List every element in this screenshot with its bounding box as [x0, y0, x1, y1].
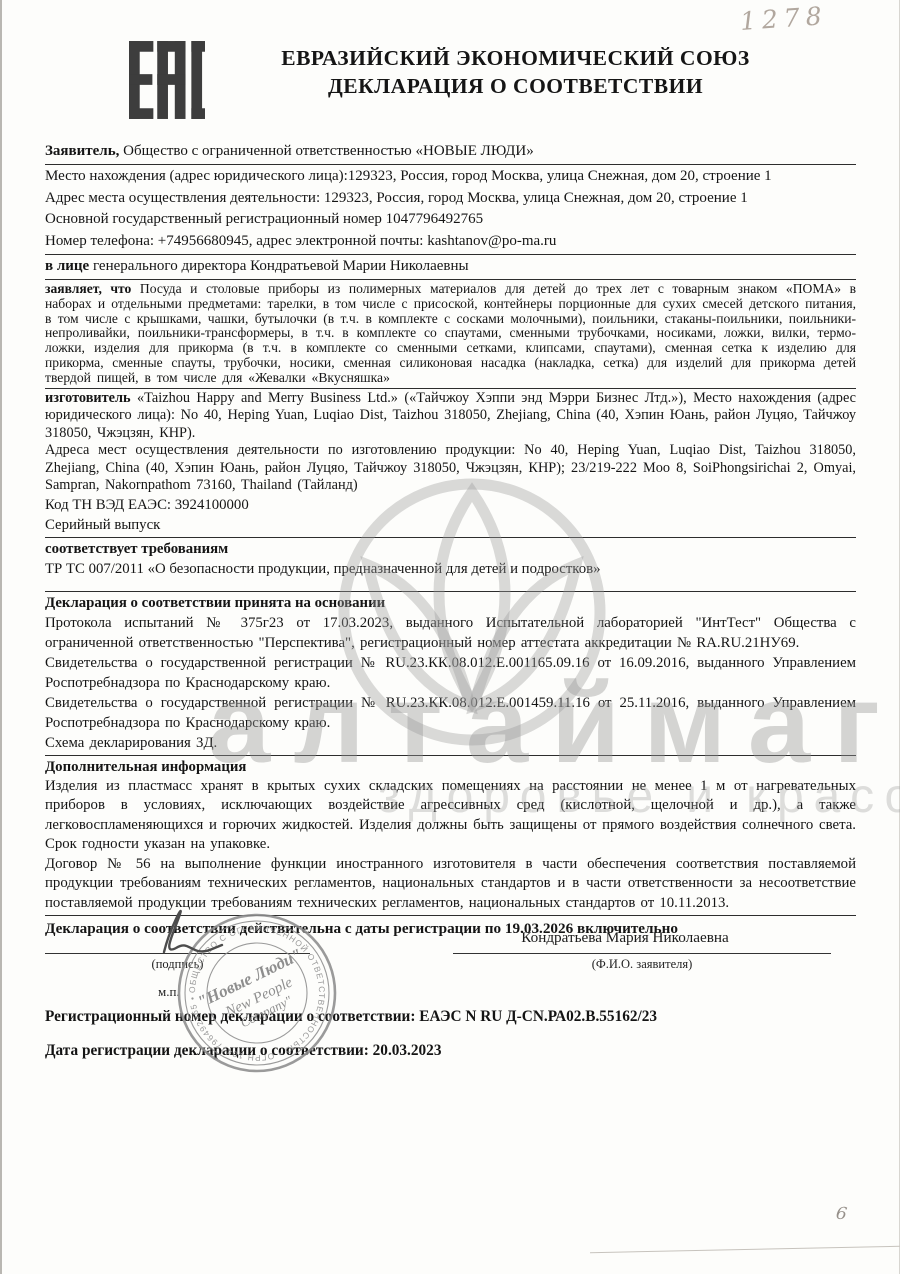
applicant-details: Место нахождения (адрес юридического лиц…: [45, 166, 856, 252]
divider: [45, 164, 856, 165]
additional-item: Договор № 56 на выполнение функции иност…: [45, 855, 856, 914]
basis-heading: Декларация о соответствии принята на осн…: [45, 593, 856, 613]
divider: [45, 537, 856, 538]
declarant-name-caption: (Ф.И.О. заявителя): [453, 957, 831, 972]
declaration-document: 1278 ЕВРАЗИЙСКИЙ ЭКОНОМИЧЕСКИЙ СОЮЗ: [0, 0, 900, 1274]
additional-heading: Дополнительная информация: [45, 757, 856, 777]
divider: [45, 279, 856, 280]
scan-artifact-line: [590, 1246, 900, 1253]
applicant-legal-address: Место нахождения (адрес юридического лиц…: [45, 166, 856, 188]
divider: [45, 755, 856, 756]
representative-name: генерального директора Кондратьевой Мари…: [93, 258, 469, 274]
eac-logo: [129, 40, 205, 125]
declares-text: Посуда и столовые приборы из полимерных …: [45, 281, 856, 385]
handwritten-mark: 6: [835, 1203, 849, 1224]
document-header: ЕВРАЗИЙСКИЙ ЭКОНОМИЧЕСКИЙ СОЮЗ ДЕКЛАРАЦИ…: [45, 40, 856, 125]
stamp-line-1: "Новые Люди": [194, 945, 305, 1012]
applicant-row: Заявитель, Общество с ограниченной ответ…: [45, 141, 856, 162]
applicant-activity-address: Адрес места осуществления деятельности: …: [45, 188, 856, 210]
applicant-label: Заявитель,: [45, 143, 119, 159]
basis-item: Свидетельства о государственной регистра…: [45, 653, 856, 693]
divider: [45, 915, 856, 916]
applicant-ogrn: Основной государственный регистрационный…: [45, 209, 856, 231]
divider: [45, 388, 856, 389]
basis-item-scheme: Схема декларирования 3Д.: [45, 733, 856, 753]
title-line-2: ДЕКЛАРАЦИЯ О СООТВЕТСТВИИ: [205, 72, 826, 100]
signature-caption: (подпись): [45, 957, 310, 972]
scan-edge-left: [0, 0, 2, 1274]
additional-info-section: Дополнительная информация Изделия из пла…: [45, 757, 856, 914]
divider: [45, 254, 856, 255]
basis-section: Декларация о соответствии принята на осн…: [45, 593, 856, 753]
manufacturer-text: «Taizhou Happy and Merry Business Ltd.» …: [45, 390, 856, 441]
representative-label: в лице: [45, 258, 89, 274]
representative-row: в лице генерального директора Кондратьев…: [45, 256, 856, 277]
signature-line: [45, 953, 310, 954]
basis-item: Протокола испытаний № 375г23 от 17.03.20…: [45, 613, 856, 653]
basis-item: Свидетельства о государственной регистра…: [45, 693, 856, 733]
manufacturer-paragraph: изготовитель «Taizhou Happy and Merry Bu…: [45, 390, 856, 443]
registration-date: Дата регистрации декларации о соответств…: [45, 1042, 441, 1060]
document-title: ЕВРАЗИЙСКИЙ ЭКОНОМИЧЕСКИЙ СОЮЗ ДЕКЛАРАЦИ…: [205, 40, 856, 101]
issue-type: Серийный выпуск: [45, 515, 856, 535]
declares-paragraph: заявляет, что Посуда и столовые приборы …: [45, 282, 856, 386]
tnved-code: Код ТН ВЭД ЕАЭС: 3924100000: [45, 495, 856, 515]
compliance-heading: соответствует требованиям: [45, 539, 856, 559]
title-line-1: ЕВРАЗИЙСКИЙ ЭКОНОМИЧЕСКИЙ СОЮЗ: [205, 44, 826, 72]
declares-label: заявляет, что: [45, 281, 131, 296]
stamp-place-label: м.п.: [158, 984, 180, 1000]
compliance-text: ТР ТС 007/2011 «О безопасности продукции…: [45, 559, 856, 579]
manufacturer-label: изготовитель: [45, 390, 131, 406]
declarant-name: Кондратьева Мария Николаевна: [415, 929, 835, 947]
applicant-contacts: Номер телефона: +74956680945, адрес элек…: [45, 231, 856, 253]
registration-number: Регистрационный номер декларации о соотв…: [45, 1008, 657, 1026]
applicant-name: Общество с ограниченной ответственностью…: [123, 143, 534, 159]
manufacturer-addresses: Адреса мест осуществления деятельности п…: [45, 442, 856, 495]
divider: [45, 591, 856, 592]
declarant-name-line: [453, 953, 831, 954]
additional-item: Изделия из пластмасс хранят в крытых сух…: [45, 777, 856, 855]
